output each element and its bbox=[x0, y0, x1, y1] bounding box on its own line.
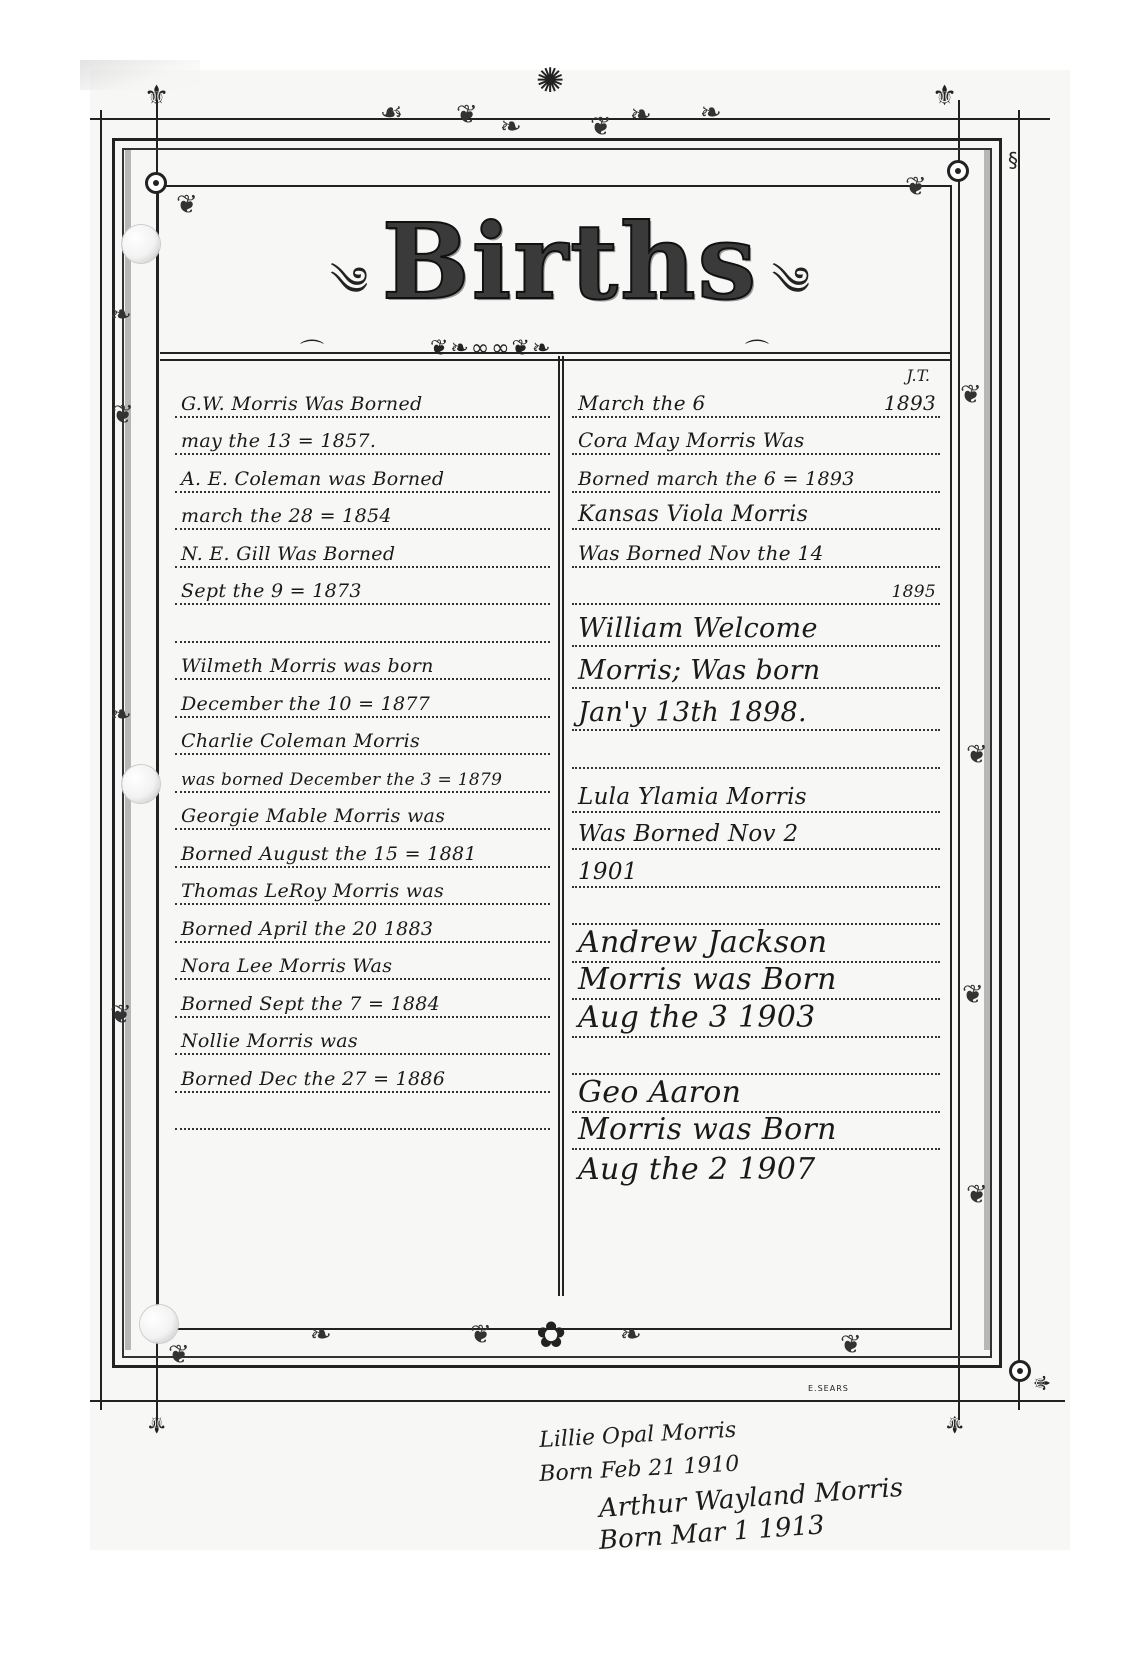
ruled-line: Geo Aaron bbox=[572, 1075, 940, 1113]
ruled-line: Nollie Morris was bbox=[175, 1018, 550, 1056]
border-line-bottom bbox=[90, 1400, 1065, 1402]
right-column-entries: J.T. March the 6 1893 Cora May Morris Wa… bbox=[572, 380, 940, 1188]
entry-year: 1893 bbox=[884, 391, 936, 415]
ruled-line: Borned April the 20 1883 bbox=[175, 905, 550, 943]
ivy-leaf-icon: ❦ bbox=[962, 980, 984, 1010]
ruled-line bbox=[572, 888, 940, 926]
entry-text: Morris was Born bbox=[578, 1112, 837, 1147]
ruled-line bbox=[572, 731, 940, 769]
initials-note: J.T. bbox=[906, 366, 930, 385]
page-title: Births bbox=[382, 200, 758, 323]
ruled-line: Sept the 9 = 1873 bbox=[175, 568, 550, 606]
ruled-line: Borned Sept the 7 = 1884 bbox=[175, 980, 550, 1018]
ruled-line: 1901 bbox=[572, 850, 940, 888]
entry-text: Thomas LeRoy Morris was bbox=[181, 880, 444, 902]
ivy-leaf-icon: ❦ bbox=[112, 400, 134, 430]
ruled-line: Wilmeth Morris was born bbox=[175, 643, 550, 681]
entry-text: Georgie Mable Morris was bbox=[181, 805, 445, 827]
page-corner-wear bbox=[80, 60, 200, 90]
ruled-line: march the 28 = 1854 bbox=[175, 493, 550, 531]
ivy-leaf-icon: ❦ bbox=[470, 1320, 492, 1350]
ruled-line: Jan'y 13th 1898. bbox=[572, 689, 940, 731]
ruled-line: William Welcome bbox=[572, 605, 940, 647]
ruled-line: Andrew Jackson bbox=[572, 925, 940, 963]
entry-text: was borned December the 3 = 1879 bbox=[181, 770, 502, 790]
entry-text: N. E. Gill Was Borned bbox=[181, 543, 395, 565]
entry-text: G.W. Morris Was Borned bbox=[181, 393, 422, 415]
ruled-line: Morris was Born bbox=[572, 1113, 940, 1151]
entry-text: Aug the 2 1907 bbox=[578, 1152, 816, 1187]
entry-text: March the 6 bbox=[578, 391, 706, 415]
entry-text: Lula Ylamia Morris bbox=[578, 784, 807, 810]
entry-text: Borned April the 20 1883 bbox=[181, 918, 433, 940]
entry-text: Cora May Morris Was bbox=[578, 428, 805, 452]
entry-text: A. E. Coleman was Borned bbox=[181, 468, 444, 490]
corner-rosette-icon bbox=[145, 172, 167, 194]
entry-text: December the 10 = 1877 bbox=[181, 693, 430, 715]
ruled-line: N. E. Gill Was Borned bbox=[175, 530, 550, 568]
ruled-line: was borned December the 3 = 1879 bbox=[175, 755, 550, 793]
ivy-leaf-icon: ❦ bbox=[590, 112, 612, 142]
ruled-line: Nora Lee Morris Was bbox=[175, 943, 550, 981]
ivy-leaf-icon: ❦ bbox=[168, 1340, 190, 1370]
entry-text: Borned August the 15 = 1881 bbox=[181, 843, 477, 865]
border-line-top bbox=[90, 118, 1050, 120]
scroll-ornament-icon: § bbox=[1008, 150, 1018, 170]
column-divider bbox=[558, 356, 564, 1296]
header-vine-ornament-icon: ❦❧∞∞❦❧ bbox=[430, 338, 552, 360]
ruled-line: Borned August the 15 = 1881 bbox=[175, 830, 550, 868]
sunburst-ornament-icon: ✺ bbox=[536, 64, 565, 98]
ruled-line: G.W. Morris Was Borned bbox=[175, 380, 550, 418]
entry-text: march the 28 = 1854 bbox=[181, 505, 392, 527]
ivy-leaf-icon: ❦ bbox=[960, 380, 982, 410]
ruled-line: may the 13 = 1857. bbox=[175, 418, 550, 456]
ruled-line: Was Borned Nov 2 bbox=[572, 813, 940, 851]
ruled-line bbox=[175, 605, 550, 643]
ivy-leaf-icon: ❧ bbox=[110, 700, 132, 730]
header-rule bbox=[160, 352, 950, 361]
ivy-leaf-icon: ❧ bbox=[500, 112, 522, 142]
flourish-left-icon: ༄ bbox=[330, 236, 368, 349]
ruled-line: Morris was Born bbox=[572, 963, 940, 1001]
ivy-leaf-icon: ❦ bbox=[905, 172, 927, 202]
fleur-finial-icon: ⚜ bbox=[146, 1412, 168, 1436]
ivy-leaf-icon: ❦ bbox=[456, 100, 478, 130]
ivy-leaf-icon: ❦ bbox=[110, 1000, 132, 1030]
ruled-line: Aug the 3 1903 bbox=[572, 1000, 940, 1038]
ivy-leaf-icon: ☙ bbox=[380, 98, 403, 128]
entry-text: may the 13 = 1857. bbox=[181, 430, 376, 452]
fleur-finial-icon: ⚜ bbox=[1029, 1373, 1051, 1393]
page-title-block: ༄ Births ༄ bbox=[330, 192, 810, 332]
ruled-line: Was Borned Nov the 14 bbox=[572, 530, 940, 568]
engraver-mark: E.SEARS bbox=[808, 1384, 849, 1393]
ivy-leaf-icon: ❧ bbox=[310, 1320, 332, 1350]
fleur-finial-icon: ⚜ bbox=[932, 82, 957, 110]
border-line-right bbox=[1018, 110, 1020, 1410]
ruled-line bbox=[572, 1038, 940, 1076]
entry-text: Aug the 3 1903 bbox=[578, 1000, 816, 1035]
entry-text: Borned Dec the 27 = 1886 bbox=[181, 1068, 445, 1090]
entry-text: William Welcome bbox=[578, 613, 818, 644]
ruled-line: Lula Ylamia Morris bbox=[572, 769, 940, 813]
ruled-line: Morris; Was born bbox=[572, 647, 940, 689]
ruled-line: Aug the 2 1907 bbox=[572, 1150, 940, 1188]
entry-text: Andrew Jackson bbox=[578, 925, 827, 960]
ruled-line: December the 10 = 1877 bbox=[175, 680, 550, 718]
border-line-left bbox=[100, 110, 102, 1410]
ivy-leaf-icon: ❦ bbox=[966, 1180, 988, 1210]
entry-text: Nora Lee Morris Was bbox=[181, 955, 392, 977]
corner-rosette-icon bbox=[947, 160, 969, 182]
entry-text: Kansas Viola Morris bbox=[578, 502, 808, 527]
entry-text: Was Borned Nov 2 bbox=[578, 821, 798, 847]
rose-ornament-icon: ✿ bbox=[536, 1318, 566, 1354]
entry-text: Charlie Coleman Morris bbox=[181, 730, 420, 752]
scroll-ornament-icon: ⌒ bbox=[745, 340, 769, 364]
punch-hole bbox=[140, 1305, 178, 1343]
entry-text: Nollie Morris was bbox=[181, 1030, 358, 1052]
ivy-leaf-icon: ❦ bbox=[176, 190, 198, 220]
ruled-line: Kansas Viola Morris bbox=[572, 493, 940, 531]
ivy-leaf-icon: ❧ bbox=[110, 300, 132, 330]
entry-text: Wilmeth Morris was born bbox=[181, 655, 434, 677]
fleur-finial-icon: ⚜ bbox=[144, 82, 169, 110]
ivy-leaf-icon: ❧ bbox=[700, 98, 722, 128]
entry-year: 1895 bbox=[892, 582, 936, 602]
ruled-line: Borned Dec the 27 = 1886 bbox=[175, 1055, 550, 1093]
left-column-entries: G.W. Morris Was Borned may the 13 = 1857… bbox=[175, 380, 550, 1130]
ruled-line: A. E. Coleman was Borned bbox=[175, 455, 550, 493]
entry-text: Was Borned Nov the 14 bbox=[578, 541, 824, 565]
ruled-line: Cora May Morris Was bbox=[572, 418, 940, 456]
entry-text: Sept the 9 = 1873 bbox=[181, 580, 362, 602]
ivy-leaf-icon: ❧ bbox=[630, 100, 652, 130]
ivy-leaf-icon: ❦ bbox=[840, 1330, 862, 1360]
fleur-finial-icon: ⚜ bbox=[944, 1412, 966, 1436]
ruled-line: Thomas LeRoy Morris was bbox=[175, 868, 550, 906]
entry-text: Jan'y 13th 1898. bbox=[578, 697, 807, 728]
ruled-line bbox=[175, 1093, 550, 1131]
ruled-line: J.T. March the 6 1893 bbox=[572, 380, 940, 418]
scroll-ornament-icon: ⌒ bbox=[300, 340, 324, 364]
entry-text: Morris was Born bbox=[578, 962, 837, 997]
frame-shading-left bbox=[125, 150, 131, 1350]
entry-text: Borned march the 6 = 1893 bbox=[578, 468, 855, 490]
entry-text: Borned Sept the 7 = 1884 bbox=[181, 993, 440, 1015]
ivy-leaf-icon: ❦ bbox=[966, 740, 988, 770]
ruled-line: Georgie Mable Morris was bbox=[175, 793, 550, 831]
entry-text: Geo Aaron bbox=[578, 1075, 741, 1110]
flourish-right-icon: ༄ bbox=[772, 236, 810, 349]
ruled-line: Charlie Coleman Morris bbox=[175, 718, 550, 756]
punch-hole bbox=[122, 225, 160, 263]
entry-text: Morris; Was born bbox=[578, 655, 820, 686]
ivy-leaf-icon: ❧ bbox=[620, 1320, 642, 1350]
ruled-line: Borned march the 6 = 1893 bbox=[572, 455, 940, 493]
punch-hole bbox=[122, 765, 160, 803]
ruled-line: 1895 bbox=[572, 568, 940, 606]
entry-text: 1901 bbox=[578, 859, 638, 885]
